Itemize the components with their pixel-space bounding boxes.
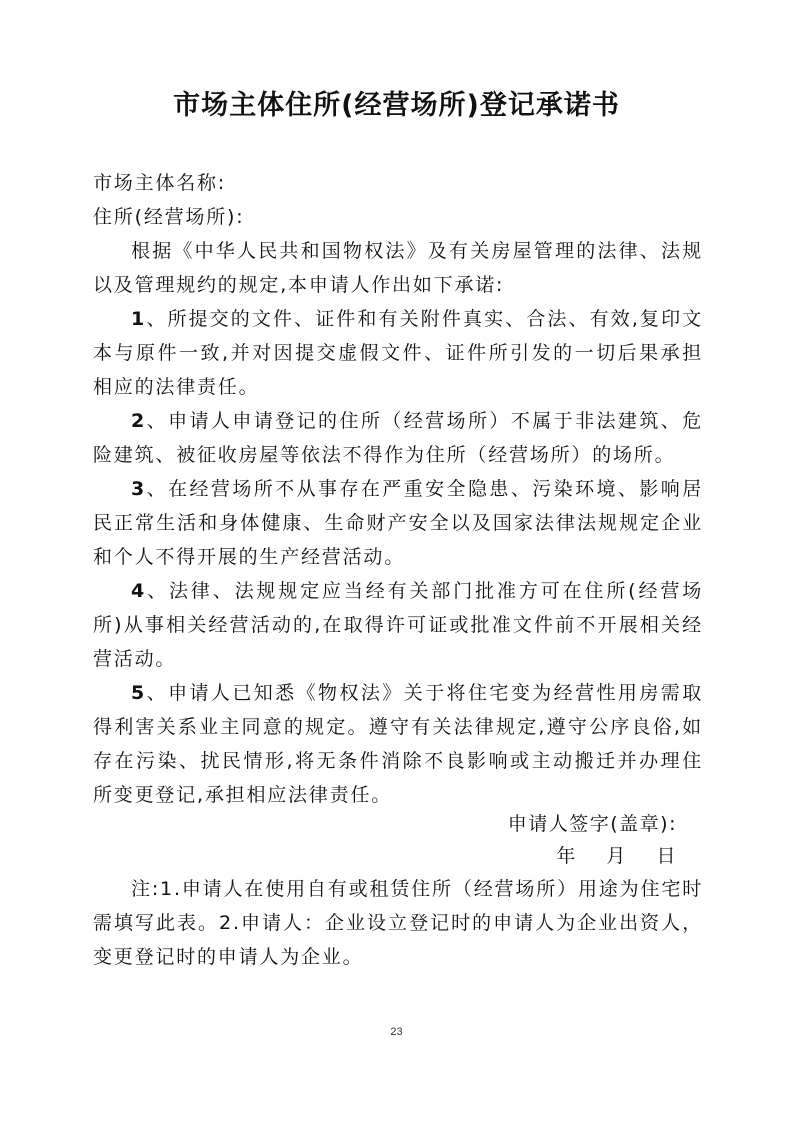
date-month: 月 (606, 840, 627, 872)
signature-date: 年 月 日 (93, 840, 677, 872)
commitment-text: 、法律、法规规定应当经有关部门批准方可在住所(经营场所)从事相关经营活动的,在取… (93, 580, 703, 670)
commitment-5: 5、申请人已知悉《物权法》关于将住宅变为经营性用房需取得利害关系业主同意的规定。… (93, 676, 703, 812)
entity-name-label: 市场主体名称: (93, 166, 703, 200)
commitment-number: 5 (131, 682, 146, 704)
signature-block: 申请人签字(盖章): 年 月 日 (93, 808, 677, 872)
commitment-text: 、在经营场所不从事存在严重安全隐患、污染环境、影响居民正常生活和身体健康、生命财… (93, 478, 703, 568)
commitment-text: 、所提交的文件、证件和有关附件真实、合法、有效,复印文本与原件一致,并对因提交虚… (93, 308, 703, 398)
commitment-2: 2、申请人申请登记的住所（经营场所）不属于非法建筑、危险建筑、被征收房屋等依法不… (93, 404, 703, 472)
note-text: 注:1.申请人在使用自有或租赁住所（经营场所）用途为住宅时需填写此表。2.申请人… (93, 872, 703, 974)
commitment-4: 4、法律、法规规定应当经有关部门批准方可在住所(经营场所)从事相关经营活动的,在… (93, 574, 703, 676)
document-title: 市场主体住所(经营场所)登记承诺书 (0, 86, 793, 126)
commitment-text: 、申请人申请登记的住所（经营场所）不属于非法建筑、危险建筑、被征收房屋等依法不得… (93, 410, 703, 466)
address-label: 住所(经营场所): (93, 200, 703, 234)
document-body: 市场主体名称: 住所(经营场所): 根据《中华人民共和国物权法》及有关房屋管理的… (93, 166, 703, 812)
page-number: 23 (0, 1026, 793, 1038)
commitment-text: 、申请人已知悉《物权法》关于将住宅变为经营性用房需取得利害关系业主同意的规定。遵… (93, 682, 703, 806)
signature-label: 申请人签字(盖章): (93, 808, 677, 840)
commitment-3: 3、在经营场所不从事存在严重安全隐患、污染环境、影响居民正常生活和身体健康、生命… (93, 472, 703, 574)
commitment-number: 4 (131, 580, 146, 602)
note-block: 注:1.申请人在使用自有或租赁住所（经营场所）用途为住宅时需填写此表。2.申请人… (93, 872, 703, 974)
date-day: 日 (656, 840, 677, 872)
commitment-number: 2 (131, 410, 146, 432)
commitment-number: 3 (131, 478, 146, 500)
intro-paragraph: 根据《中华人民共和国物权法》及有关房屋管理的法律、法规以及管理规约的规定,本申请… (93, 234, 703, 302)
document-page: 市场主体住所(经营场所)登记承诺书 市场主体名称: 住所(经营场所): 根据《中… (0, 0, 793, 1122)
date-year: 年 (556, 840, 577, 872)
commitment-1: 1、所提交的文件、证件和有关附件真实、合法、有效,复印文本与原件一致,并对因提交… (93, 302, 703, 404)
commitment-number: 1 (131, 308, 146, 330)
